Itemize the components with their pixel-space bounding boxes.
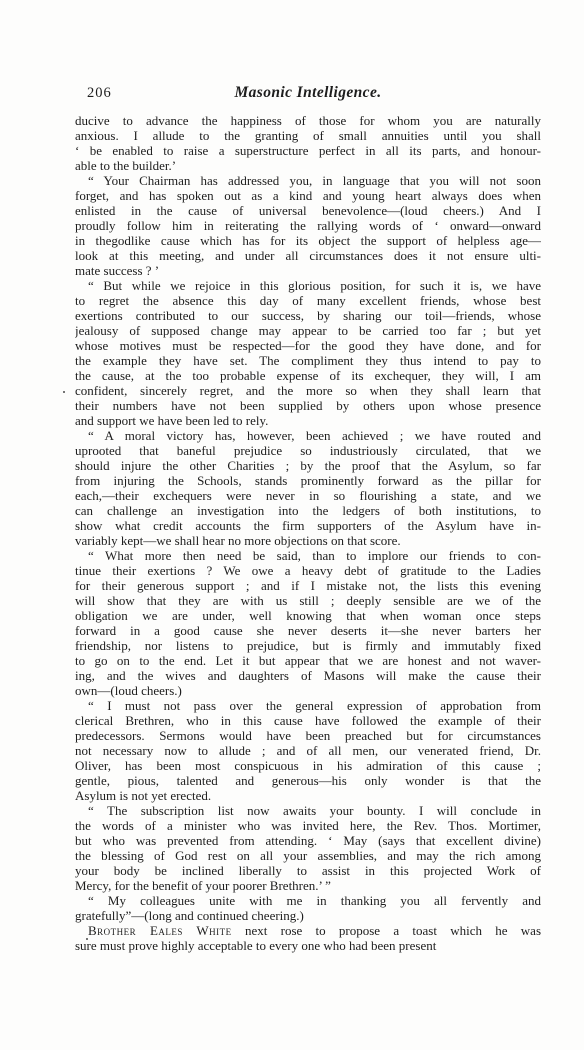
text-line: each,—their exchequers were never in so … [75, 488, 541, 503]
text-line: variably kept—we shall hear no more obje… [75, 533, 541, 548]
text-line: not necessary now to allude ; and of all… [75, 743, 541, 758]
text-line: will show that they are with us still ; … [75, 593, 541, 608]
paragraph: “ But while we rejoice in this glorious … [75, 278, 541, 428]
text-line: the words of a minister who was invited … [75, 818, 541, 833]
text-line: “ But while we rejoice in this glorious … [75, 278, 541, 293]
text-line: proudly follow him in reiterating the ra… [75, 218, 541, 233]
text-line: Asylum is not yet erected. [75, 788, 541, 803]
text-line: but who was prevented from attending. ‘ … [75, 833, 541, 848]
text-line: look at this meeting, and under all circ… [75, 248, 541, 263]
text-line: to regret the absence this day of many e… [75, 293, 541, 308]
text-line: “ The subscription list now awaits your … [75, 803, 541, 818]
text-line: “ A moral victory has, however, been ach… [75, 428, 541, 443]
ink-speck [86, 938, 88, 940]
page-body: ducive to advance the happiness of those… [75, 113, 541, 953]
page-header: 206 Masonic Intelligence. [75, 84, 541, 104]
text-line: can challenge an investigation into the … [75, 503, 541, 518]
text-line: Mercy, for the benefit of your poorer Br… [75, 878, 541, 893]
text-line: whose motives must be respected—for the … [75, 338, 541, 353]
text-line: anxious. I allude to the granting of sma… [75, 128, 541, 143]
text-line: sure must prove highly acceptable to eve… [75, 938, 541, 953]
text-line: to go on to the end. Let it but appear t… [75, 653, 541, 668]
ink-speck [63, 391, 65, 393]
text-line: the blessing of God rest on all your ass… [75, 848, 541, 863]
text-line: predecessors. Sermons would have been pr… [75, 728, 541, 743]
text-line: tinue their exertions ? We owe a heavy d… [75, 563, 541, 578]
text-line: mate success ? ’ [75, 263, 541, 278]
document-page: 206 Masonic Intelligence. ducive to adva… [0, 0, 584, 1050]
text-line: exertions contributed to our success, by… [75, 308, 541, 323]
text-line: in thegodlike cause which has for its ob… [75, 233, 541, 248]
text-line: ing, and the wives and daughters of Maso… [75, 668, 541, 683]
text-line: for their generous support ; and if I mi… [75, 578, 541, 593]
text-line: ‘ be enabled to raise a superstructure p… [75, 143, 541, 158]
text-line: own—(loud cheers.) [75, 683, 541, 698]
paragraph: “ A moral victory has, however, been ach… [75, 428, 541, 548]
text-line: uprooted that baneful prejudice so indus… [75, 443, 541, 458]
text-line: forward in a good cause she never desert… [75, 623, 541, 638]
paragraph: “ I must not pass over the general expre… [75, 698, 541, 803]
text-line: gentle, pious, talented and generous—his… [75, 773, 541, 788]
text-line: friendship, nor listens to prejudice, bu… [75, 638, 541, 653]
running-title: Masonic Intelligence. [75, 84, 541, 102]
text-line: “ My colleagues unite with me in thankin… [75, 893, 541, 908]
text-line: ducive to advance the happiness of those… [75, 113, 541, 128]
text-line: jealousy of supposed change may appear t… [75, 323, 541, 338]
paragraph: “ The subscription list now awaits your … [75, 803, 541, 893]
text-line: your body be inclined liberally to assis… [75, 863, 541, 878]
text-line: clerical Brethren, who in this cause hav… [75, 713, 541, 728]
text-line: obligation we are under, well knowing th… [75, 608, 541, 623]
text-line: the example they have set. The complimen… [75, 353, 541, 368]
text-line: the cause, at the too probable expense o… [75, 368, 541, 383]
text-line: show what credit accounts the firm suppo… [75, 518, 541, 533]
text-line: and support we have been led to rely. [75, 413, 541, 428]
text-line: their numbers have not been supplied by … [75, 398, 541, 413]
text-line: forget, and has spoken out as a kind and… [75, 188, 541, 203]
text-line: Oliver, has been most conspicuous in his… [75, 758, 541, 773]
text-line: gratefully”—(long and continued cheering… [75, 908, 541, 923]
paragraph: “ What more then need be said, than to i… [75, 548, 541, 698]
text-line: “ I must not pass over the general expre… [75, 698, 541, 713]
text-line: Brother Eales White next rose to propose… [75, 923, 541, 938]
text-line: able to the builder.’ [75, 158, 541, 173]
text-line: confident, sincerely regret, and the mor… [75, 383, 541, 398]
paragraph: “ My colleagues unite with me in thankin… [75, 893, 541, 923]
paragraph: Brother Eales White next rose to propose… [75, 923, 541, 953]
speaker-name: Brother Eales White [88, 923, 232, 938]
paragraph: “ Your Chairman has addressed you, in la… [75, 173, 541, 278]
text-line: enlisted in the cause of universal benev… [75, 203, 541, 218]
text-line: from injuring the Schools, stands promin… [75, 473, 541, 488]
paragraph: ducive to advance the happiness of those… [75, 113, 541, 173]
text-line: “ Your Chairman has addressed you, in la… [75, 173, 541, 188]
text-line: should injure the other Charities ; by t… [75, 458, 541, 473]
text-line: “ What more then need be said, than to i… [75, 548, 541, 563]
